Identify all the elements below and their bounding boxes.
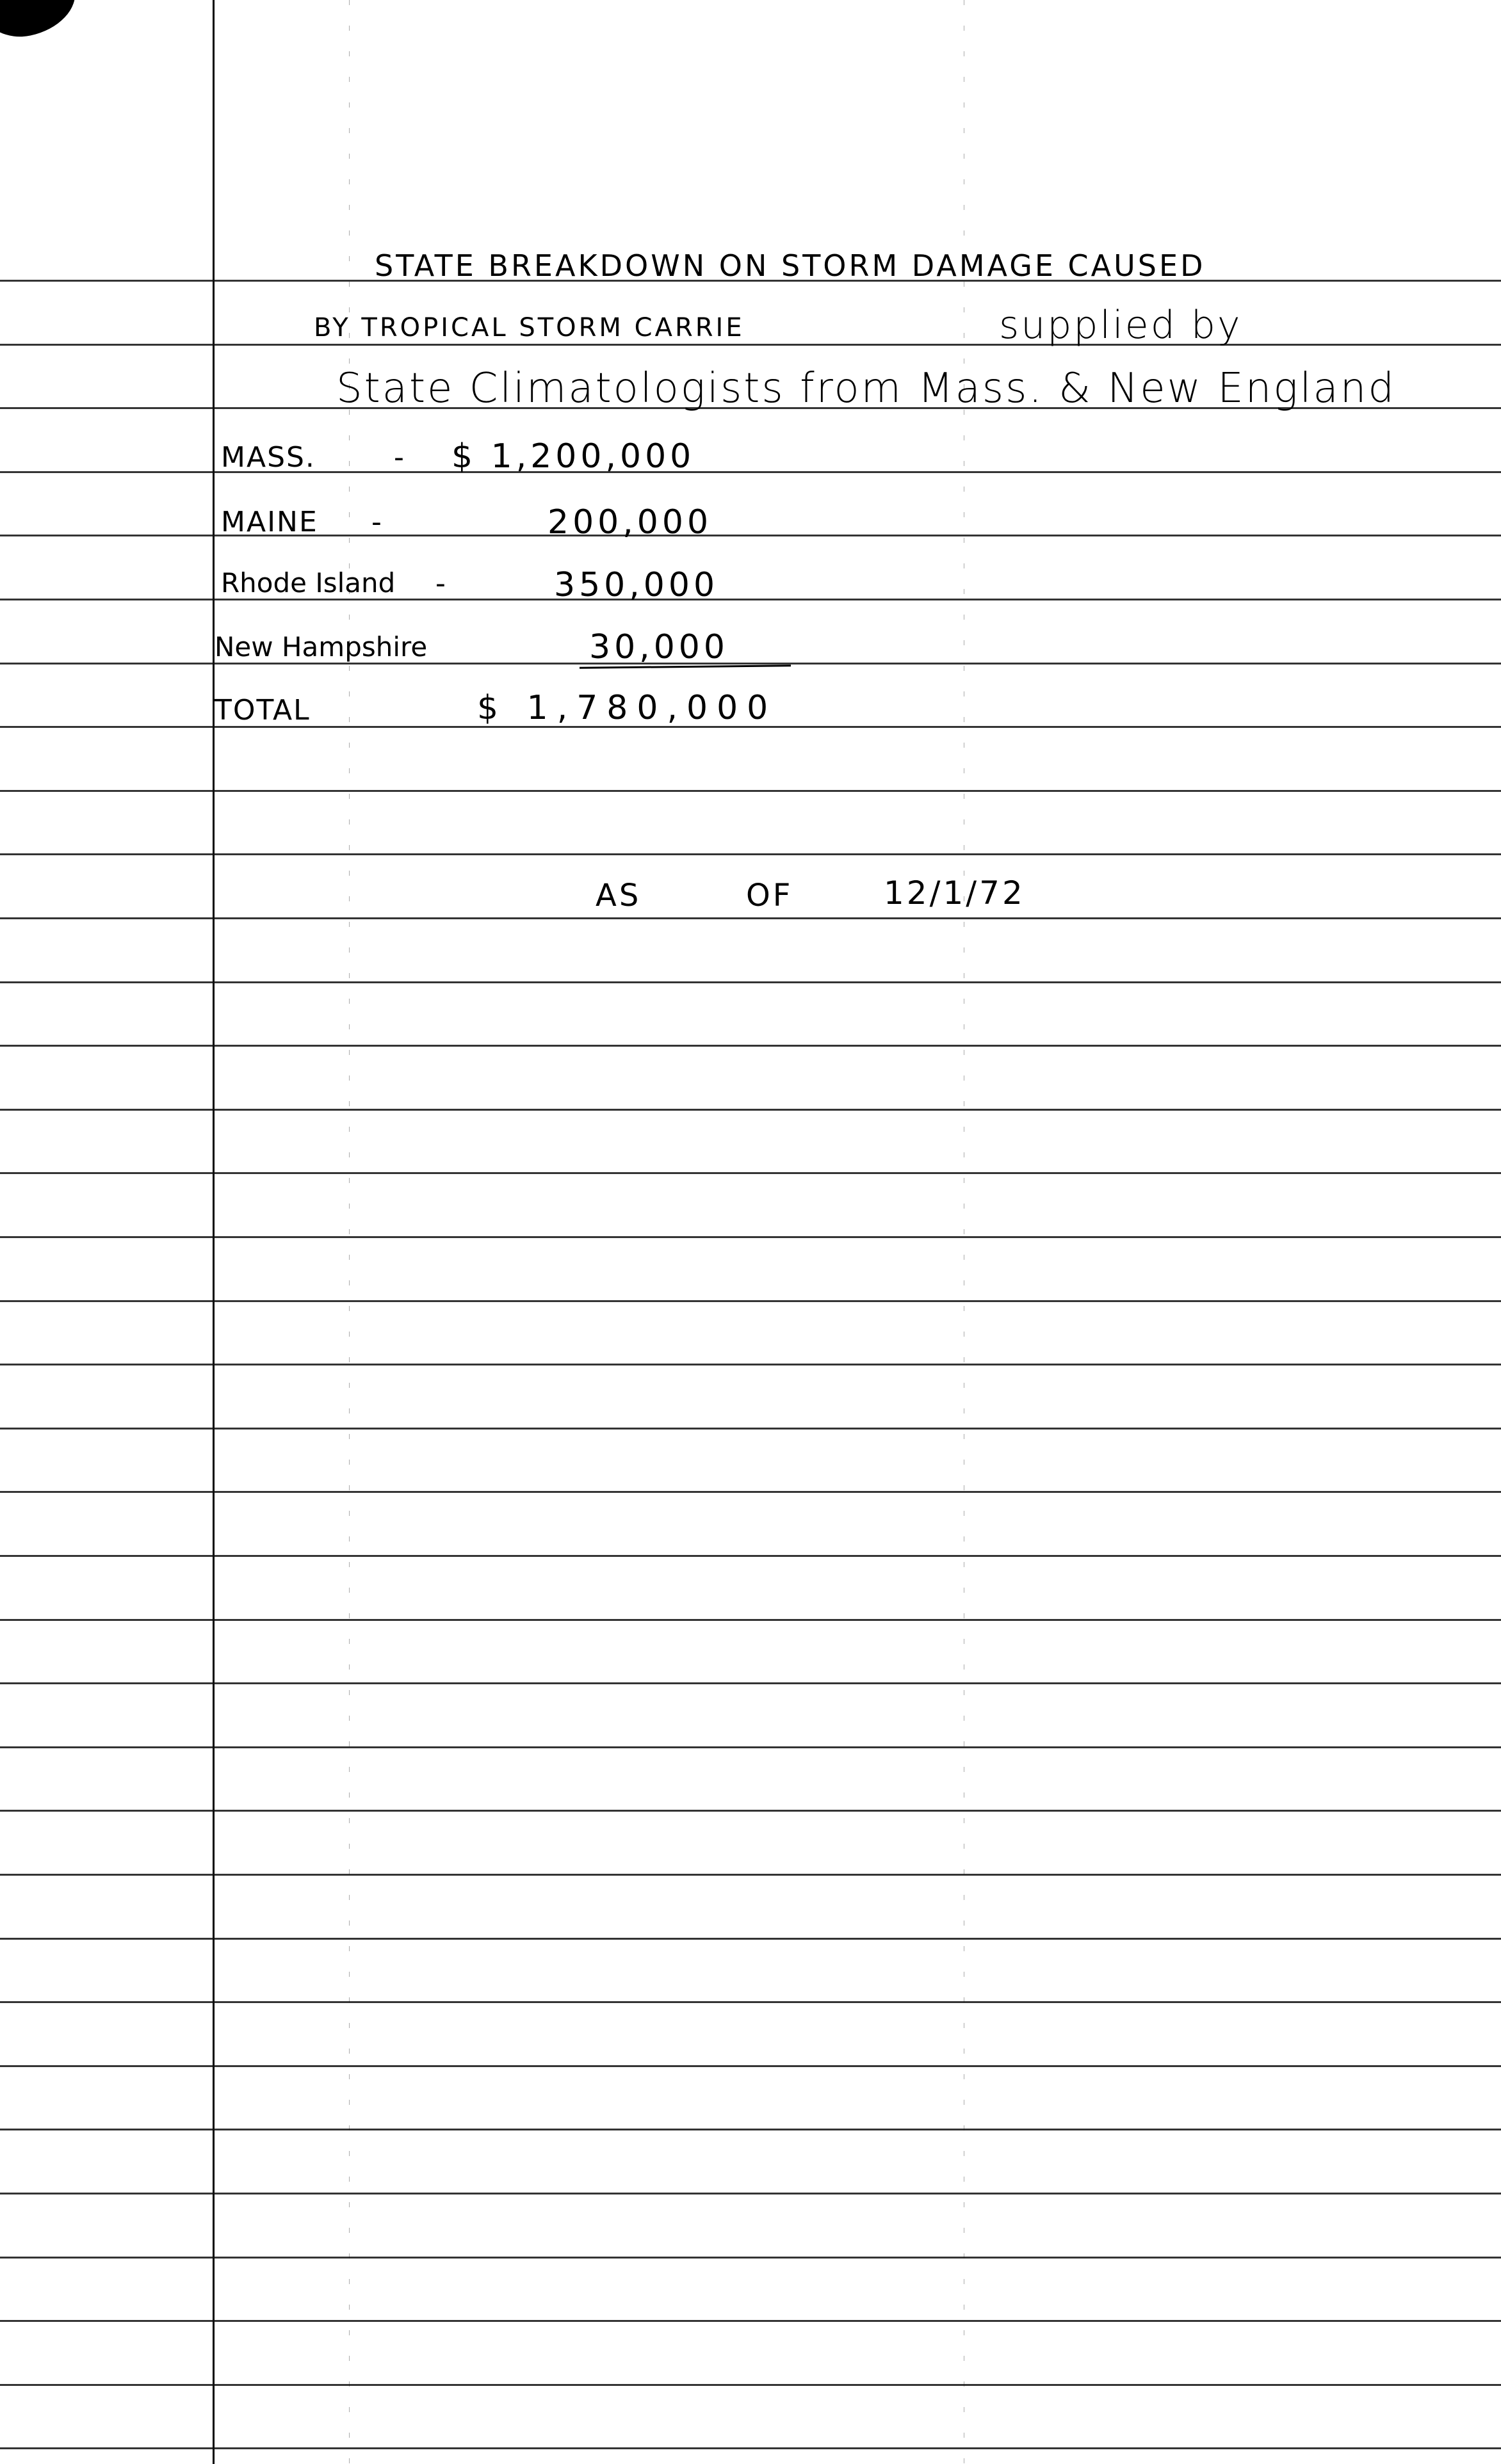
ruled-line — [0, 344, 1501, 346]
row-state-rhode-island: Rhode Island — [221, 570, 395, 597]
ruled-line — [0, 981, 1501, 983]
title-line-3: State Climatologists from Mass. & New En… — [336, 368, 1396, 409]
row-amount-mass: $ 1,200,000 — [451, 440, 695, 473]
ruled-line — [0, 2129, 1501, 2130]
row-amount-maine: 200,000 — [548, 506, 712, 539]
row-separator: - — [371, 508, 383, 536]
ruled-line — [0, 1109, 1501, 1111]
ruled-line — [0, 2001, 1501, 2003]
title-line-2-right: supplied by — [999, 306, 1242, 344]
ruled-line — [0, 790, 1501, 792]
ruled-line — [0, 1045, 1501, 1047]
ruled-line — [0, 1810, 1501, 1812]
ruled-line — [0, 1236, 1501, 1238]
ink-blot — [0, 0, 82, 45]
ruled-line — [0, 1938, 1501, 1940]
as-of-date: 12/1/72 — [884, 877, 1025, 909]
ruled-line — [0, 2320, 1501, 2322]
ruled-line — [0, 917, 1501, 919]
row-separator: - — [394, 444, 405, 472]
ruled-line — [0, 2384, 1501, 2386]
total-amount: $ 1,780,000 — [477, 691, 777, 725]
ruled-line — [0, 1172, 1501, 1174]
as-of-label-2: OF — [746, 880, 793, 911]
ruled-line — [0, 663, 1501, 664]
ruled-line — [0, 1555, 1501, 1557]
ruled-line — [0, 2193, 1501, 2194]
ruled-line — [0, 1300, 1501, 1302]
ruled-line — [0, 1874, 1501, 1876]
ruled-line — [0, 599, 1501, 600]
as-of-label-1: AS — [596, 880, 641, 911]
ruled-line — [0, 1428, 1501, 1429]
ruled-line — [0, 1619, 1501, 1621]
lined-paper-page: STATE BREAKDOWN ON STORM DAMAGE CAUSED B… — [0, 0, 1501, 2464]
margin-line — [213, 0, 215, 2464]
title-line-1: STATE BREAKDOWN ON STORM DAMAGE CAUSED — [375, 251, 1206, 280]
row-state-maine: MAINE — [221, 508, 318, 536]
title-line-2-left: BY TROPICAL STORM CARRIE — [314, 315, 745, 341]
total-label: TOTAL — [215, 697, 311, 725]
row-state-new-hampshire: New Hampshire — [215, 634, 427, 661]
ruled-line — [0, 1491, 1501, 1493]
row-separator: - — [435, 570, 447, 598]
row-amount-rhode-island: 350,000 — [554, 568, 718, 602]
row-amount-new-hampshire: 30,000 — [589, 631, 729, 664]
ruled-line — [0, 2447, 1501, 2449]
ruled-line — [0, 2065, 1501, 2067]
ruled-line — [0, 853, 1501, 855]
row-state-mass: MASS. — [221, 444, 316, 472]
ruled-line — [0, 1682, 1501, 1684]
ruled-line — [0, 2257, 1501, 2259]
ruled-line — [0, 1746, 1501, 1748]
ruled-line — [0, 1364, 1501, 1365]
